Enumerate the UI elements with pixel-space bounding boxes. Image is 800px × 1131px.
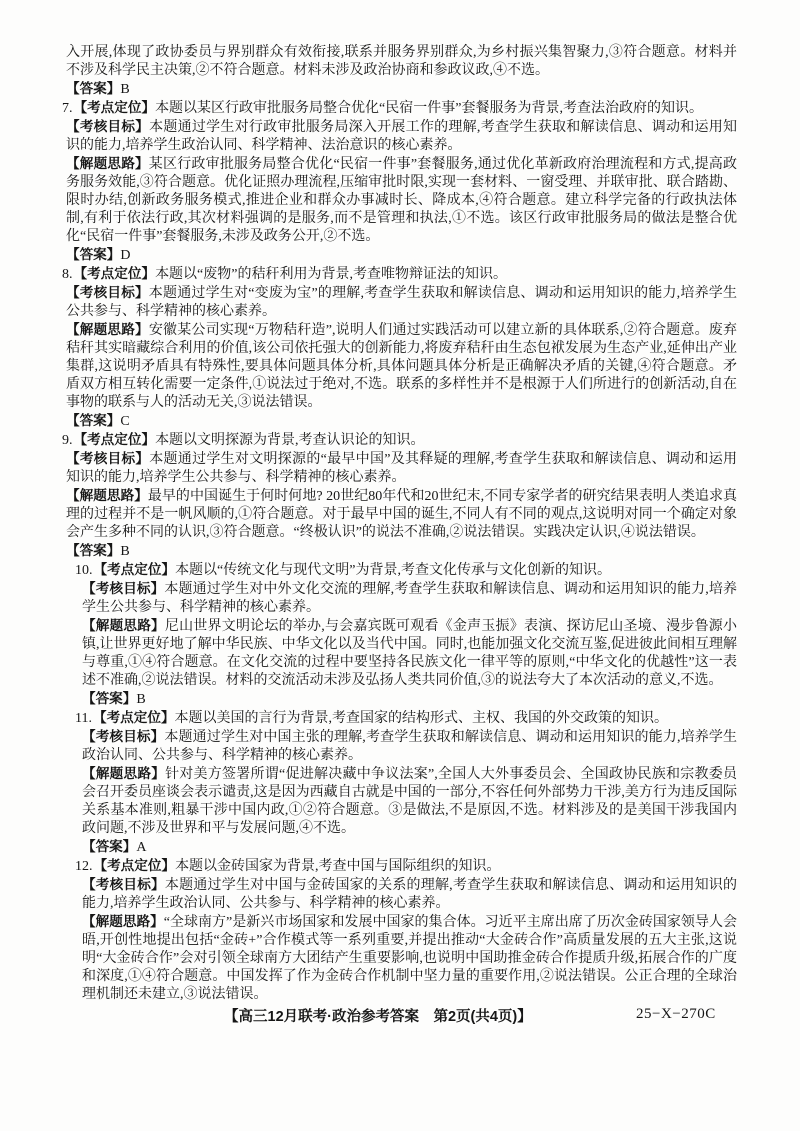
section-label: 【考核目标】 xyxy=(82,877,165,892)
section-label: 【解题思路】 xyxy=(82,618,165,633)
question-section: 【考核目标】本题通过学生对中外文化交流的理解,考查学生获取和解读信息、调动和运用… xyxy=(82,580,737,617)
section-text: 本题通过学生对文明探源的“最早中国”及其释疑的理解,考查学生获取和解读信息、调动… xyxy=(66,452,737,485)
section-text: 本题通过学生对中国主张的理解,考查学生获取和解读信息、调动和运用知识的能力,培养… xyxy=(82,730,737,763)
section-label: 【解题思路】 xyxy=(82,766,165,781)
section-label: 【考核目标】 xyxy=(66,285,149,300)
answer-value: C xyxy=(120,414,130,429)
question-section: 8.【考点定位】本题以“废物”的秸秆利用为背景,考查唯物辩证法的知识。 xyxy=(66,265,737,284)
question-section: 【考核目标】本题通过学生对文明探源的“最早中国”及其释疑的理解,考查学生获取和解… xyxy=(66,450,737,487)
section-text: 最早的中国诞生于何时何地? 20世纪80年代和20世纪末,不同专家学者的研究结果… xyxy=(66,489,737,540)
question-section: 【解题思路】针对美方签署所谓“促进解决藏中争议法案”,全国人大外事委员会、全国政… xyxy=(82,765,737,838)
section-label: 【考点定位】 xyxy=(94,562,176,577)
section-label: 【考核目标】 xyxy=(66,119,149,134)
section-text: 本题通过学生对“变废为宝”的理解,考查学生获取和解读信息、调动和运用知识的能力,… xyxy=(66,286,737,319)
section-text: 本题以美国的言行为背景,考查国家的结构形式、主权、我国的外交政策的知识。 xyxy=(175,711,669,726)
question-section: 【解题思路】尼山世界文明论坛的举办,与会嘉宾既可观看《金声玉振》表演、探访尼山圣… xyxy=(82,617,737,690)
question-number: 11. xyxy=(75,711,93,726)
section-label: 【考点定位】 xyxy=(93,710,175,725)
footer-title: 【高三12月联考·政治参考答案 第2页(共4页)】 xyxy=(224,1005,532,1026)
section-label: 【考点定位】 xyxy=(74,432,156,447)
answer-key-content: 入开展,体现了政协委员与界别群众有效衔接,联系并服务界别群众,为乡村振兴集智聚力… xyxy=(0,44,800,1004)
section-text: 本题以“废物”的秸秆利用为背景,考查唯物辩证法的知识。 xyxy=(155,267,507,282)
question-section: 【考核目标】本题通过学生对中国与金砖国家的关系的理解,考查学生获取和解读信息、调… xyxy=(82,876,737,913)
page-footer: 【高三12月联考·政治参考答案 第2页(共4页)】 25−X−270C xyxy=(0,1005,800,1027)
question-11: 11.【考点定位】本题以美国的言行为背景,考查国家的结构形式、主权、我国的外交政… xyxy=(82,709,737,857)
question-12: 12.【考点定位】本题以金砖国家为背景,考查中国与国际组织的知识。【考核目标】本… xyxy=(82,857,737,1004)
section-text: 本题通过学生对行政审批服务局深入开展工作的理解,考查学生获取和解读信息、调动和运… xyxy=(66,120,737,153)
section-text: 本题以文明探源为背景,考查认识论的知识。 xyxy=(155,433,425,448)
answer-label: 【答案】 xyxy=(82,839,136,854)
section-text: 尼山世界文明论坛的举办,与会嘉宾既可观看《金声玉振》表演、探访尼山圣境、漫步鲁源… xyxy=(82,619,737,688)
section-label: 【考核目标】 xyxy=(66,451,149,466)
section-label: 【解题思路】 xyxy=(82,914,164,929)
question-section: 7.【考点定位】本题以某区行政审批服务局整合优化“民宿一件事”套餐服务为背景,考… xyxy=(66,99,737,118)
answer-value: B xyxy=(120,82,130,97)
section-label: 【考点定位】 xyxy=(74,266,156,281)
question-section: 【解题思路】“全球南方”是新兴市场国家和发展中国家的集合体。习近平主席出席了历次… xyxy=(82,913,737,1004)
question-number: 7. xyxy=(62,101,74,116)
section-label: 【考核目标】 xyxy=(82,729,164,744)
answer-line: 【答案】A xyxy=(82,838,737,857)
questions-list: 7.【考点定位】本题以某区行政审批服务局整合优化“民宿一件事”套餐服务为背景,考… xyxy=(0,99,800,1004)
answer-value: D xyxy=(120,248,131,263)
answer-value: A xyxy=(136,840,147,855)
continuation-text: 入开展,体现了政协委员与界别群众有效衔接,联系并服务界别群众,为乡村振兴集智聚力… xyxy=(66,44,737,80)
answer-value: B xyxy=(136,692,146,707)
question-section: 【解题思路】最早的中国诞生于何时何地? 20世纪80年代和20世纪末,不同专家学… xyxy=(66,487,737,542)
question-section: 【解题思路】某区行政审批服务局整合优化“民宿一件事”套餐服务,通过优化革新政府治… xyxy=(66,155,737,246)
section-text: 本题通过学生对中国与金砖国家的关系的理解,考查学生获取和解读信息、调动和运用知识… xyxy=(82,878,737,911)
section-label: 【解题思路】 xyxy=(66,488,148,503)
paper-code: 25−X−270C xyxy=(636,1006,716,1023)
question-7: 7.【考点定位】本题以某区行政审批服务局整合优化“民宿一件事”套餐服务为背景,考… xyxy=(66,99,737,265)
answer-line: 【答案】B xyxy=(82,690,737,709)
section-text: 某区行政审批服务局整合优化“民宿一件事”套餐服务,通过优化革新政府治理流程和方式… xyxy=(66,157,737,244)
question-6-continuation: 入开展,体现了政协委员与界别群众有效衔接,联系并服务界别群众,为乡村振兴集智聚力… xyxy=(66,44,737,99)
question-section: 【考核目标】本题通过学生对“变废为宝”的理解,考查学生获取和解读信息、调动和运用… xyxy=(66,284,737,321)
section-text: “全球南方”是新兴市场国家和发展中国家的集合体。习近平主席出席了历次金砖国家领导… xyxy=(82,915,737,1002)
question-number: 12. xyxy=(75,859,94,874)
answer-line: 【答案】C xyxy=(66,412,737,431)
question-8: 8.【考点定位】本题以“废物”的秸秆利用为背景,考查唯物辩证法的知识。【考核目标… xyxy=(66,265,737,431)
answer-label: 【答案】 xyxy=(66,247,120,262)
answer-value: B xyxy=(120,544,130,559)
question-number: 9. xyxy=(62,433,74,448)
question-section: 10.【考点定位】本题以“传统文化与现代文明”为背景,考查文化传承与文化创新的知… xyxy=(82,561,737,580)
answer-line: 【答案】B xyxy=(66,542,737,561)
question-10: 10.【考点定位】本题以“传统文化与现代文明”为背景,考查文化传承与文化创新的知… xyxy=(82,561,737,709)
question-section: 11.【考点定位】本题以美国的言行为背景,考查国家的结构形式、主权、我国的外交政… xyxy=(82,709,737,728)
question-9: 9.【考点定位】本题以文明探源为背景,考查认识论的知识。【考核目标】本题通过学生… xyxy=(66,431,737,561)
section-text: 本题以金砖国家为背景,考查中国与国际组织的知识。 xyxy=(175,859,501,874)
question-section: 【考核目标】本题通过学生对行政审批服务局深入开展工作的理解,考查学生获取和解读信… xyxy=(66,118,737,155)
section-label: 【解题思路】 xyxy=(66,156,149,171)
section-label: 【解题思路】 xyxy=(66,322,149,337)
answer-label: 【答案】 xyxy=(66,413,120,428)
question-section: 【解题思路】安徽某公司实现“万物秸秆造”,说明人们通过实践活动可以建立新的具体联… xyxy=(66,321,737,412)
section-text: 本题以“传统文化与现代文明”为背景,考查文化传承与文化创新的知识。 xyxy=(175,563,611,578)
section-label: 【考核目标】 xyxy=(82,581,164,596)
section-label: 【考点定位】 xyxy=(94,858,176,873)
section-text: 本题通过学生对中外文化交流的理解,考查学生获取和解读信息、调动和运用知识的能力,… xyxy=(82,582,737,615)
answer-label: 【答案】 xyxy=(82,691,136,706)
section-text: 针对美方签署所谓“促进解决藏中争议法案”,全国人大外事委员会、全国政协民族和宗教… xyxy=(82,767,737,836)
question-section: 【考核目标】本题通过学生对中国主张的理解,考查学生获取和解读信息、调动和运用知识… xyxy=(82,728,737,765)
question-number: 10. xyxy=(75,563,94,578)
section-text: 安徽某公司实现“万物秸秆造”,说明人们通过实践活动可以建立新的具体联系,②符合题… xyxy=(66,323,737,410)
answer-label: 【答案】 xyxy=(66,543,120,558)
question-section: 12.【考点定位】本题以金砖国家为背景,考查中国与国际组织的知识。 xyxy=(82,857,737,876)
answer-line: 【答案】B xyxy=(66,80,737,99)
question-section: 9.【考点定位】本题以文明探源为背景,考查认识论的知识。 xyxy=(66,431,737,450)
section-label: 【考点定位】 xyxy=(74,100,156,115)
question-number: 8. xyxy=(62,267,74,282)
section-text: 本题以某区行政审批服务局整合优化“民宿一件事”套餐服务为背景,考查法治政府的知识… xyxy=(155,101,703,116)
answer-label: 【答案】 xyxy=(66,81,120,96)
answer-line: 【答案】D xyxy=(66,246,737,265)
